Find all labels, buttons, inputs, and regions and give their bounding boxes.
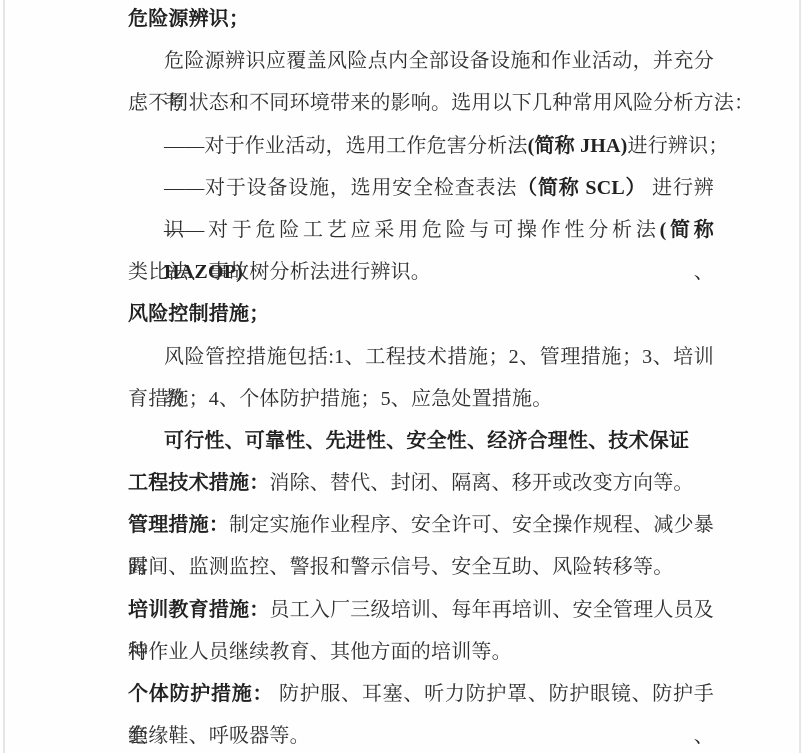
text-segment: 种作业人员继续教育、其他方面的培训等。 — [128, 641, 512, 663]
text-segment: 育措施；4、个体防护措施；5、应急处置措施。 — [128, 388, 552, 410]
document-page: 危险源辨识；危险源辨识应覆盖风险点内全部设备设施和作业活动，并充分考虑不同状态和… — [0, 0, 803, 753]
text-segment: 消除、替代、封闭、隔离、移开或改变方向等。 — [269, 472, 693, 494]
text-segment: ——对于危险工艺应采用危险与可操作性分析法 — [164, 219, 660, 241]
para-management-measures-line1: 管理措施：制定实施作业程序、安全许可、安全操作规程、减少暴露 — [128, 504, 714, 546]
text-segment: 可行性、可靠性、先进性、安全性、经济合理性、技术保证 — [164, 430, 689, 452]
text-segment: 绝缘鞋、呼吸器等。 — [128, 725, 310, 747]
text-segment: 虑不同状态和不同环境带来的影响。选用以下几种常用风险分析方法： — [128, 92, 754, 114]
para-training-measures-line2: 种作业人员继续教育、其他方面的培训等。 — [128, 631, 714, 673]
list-item-jha: ——对于作业活动，选用工作危害分析法(简称 JHA)进行辨识； — [128, 125, 714, 167]
text-segment: 类比法、事故树分析法进行辨识。 — [128, 261, 431, 283]
para-engineering-measures: 工程技术措施：消除、替代、封闭、隔离、移开或改变方向等。 — [128, 462, 714, 504]
para-training-measures-line1: 培训教育措施：员工入厂三级培训、每年再培训、安全管理人员及特 — [128, 589, 714, 631]
text-segment: ——对于设备设施，选用安全检查表法 — [164, 177, 517, 199]
text-segment: ——对于作业活动，选用工作危害分析法 — [164, 135, 528, 157]
para-management-measures-line2: 时间、监测监控、警报和警示信号、安全互助、风险转移等。 — [128, 546, 714, 588]
text-segment: 个体防护措施： — [128, 683, 273, 705]
para-hazard-scope-line1: 危险源辨识应覆盖风险点内全部设备设施和作业活动，并充分考 — [128, 40, 714, 82]
para-hazard-scope-line2: 虑不同状态和不同环境带来的影响。选用以下几种常用风险分析方法： — [128, 82, 714, 124]
para-control-measures-line1: 风险管控措施包括:1、工程技术措施；2、管理措施；3、培训教 — [128, 336, 714, 378]
para-ppe-measures-line1: 个体防护措施： 防护服、耳塞、听力防护罩、防护眼镜、防护手套、 — [128, 673, 714, 715]
text-segment: (简称 JHA) — [528, 135, 628, 157]
text-segment: 工程技术措施： — [128, 472, 269, 494]
text-segment: 培训教育措施： — [128, 599, 269, 621]
text-segment: 时间、监测监控、警报和警示信号、安全互助、风险转移等。 — [128, 556, 673, 578]
para-control-measures-line2: 育措施；4、个体防护措施；5、应急处置措施。 — [128, 378, 714, 420]
page-right-edge — [799, 0, 801, 753]
heading-hazard-identification: 危险源辨识； — [128, 0, 714, 40]
page-left-edge — [3, 0, 5, 753]
list-item-hazop-line1: ——对于危险工艺应采用危险与可操作性分析法(简称 HAZOP)、 — [128, 209, 714, 251]
heading-risk-control: 风险控制措施； — [128, 293, 714, 335]
text-segment: 进行辨识； — [628, 135, 729, 157]
text-segment: 管理措施： — [128, 514, 229, 536]
text-segment: （简称 SCL） — [517, 177, 646, 199]
text-segment: 危险源辨识； — [128, 8, 249, 30]
text-segment: 风险控制措施； — [128, 303, 269, 325]
document-body: 危险源辨识；危险源辨识应覆盖风险点内全部设备设施和作业活动，并充分考虑不同状态和… — [128, 0, 714, 753]
para-principles: 可行性、可靠性、先进性、安全性、经济合理性、技术保证 — [128, 420, 714, 462]
list-item-scl: ——对于设备设施，选用安全检查表法（简称 SCL） 进行辨识； — [128, 167, 714, 209]
